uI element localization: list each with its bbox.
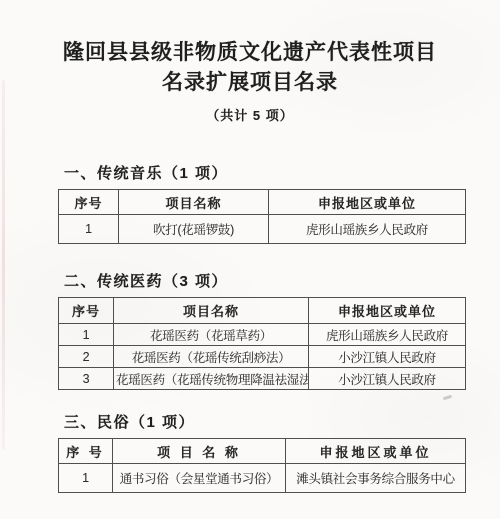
table-row: 1通书习俗（会星堂通书习俗）滩头镇社会事务综合服务中心	[59, 464, 466, 493]
table-header-row: 序 号项 目 名 称申报地区或单位	[59, 439, 466, 464]
table-cell: 3	[59, 368, 114, 390]
section-heading: 一、传统音乐（1 项）	[64, 162, 465, 183]
table-cell: 吹打(花瑶锣鼓)	[119, 215, 269, 244]
section-folk-custom: 三、民俗（1 项） 序 号项 目 名 称申报地区或单位 1通书习俗（会星堂通书习…	[58, 411, 465, 493]
table-row: 1吹打(花瑶锣鼓)虎形山瑶族乡人民政府	[59, 215, 466, 244]
document-subtitle-count: （共计 5 项）	[0, 105, 500, 124]
table-cell: 虎形山瑶族乡人民政府	[309, 324, 466, 346]
section-traditional-music: 一、传统音乐（1 项） 序号项目名称申报地区或单位 1吹打(花瑶锣鼓)虎形山瑶族…	[58, 162, 465, 244]
table-cell: 小沙江镇人民政府	[309, 368, 466, 390]
title-block: 隆回县县级非物质文化遗产代表性项目 名录扩展项目名录 （共计 5 项）	[0, 0, 500, 124]
table-cell: 花瑶医药（花瑶草药）	[114, 324, 309, 346]
sections-container: 一、传统音乐（1 项） 序号项目名称申报地区或单位 1吹打(花瑶锣鼓)虎形山瑶族…	[58, 162, 465, 493]
column-header: 申报地区或单位	[269, 190, 466, 215]
table-header-row: 序号项目名称申报地区或单位	[59, 298, 466, 324]
traditional-medicine-table: 序号项目名称申报地区或单位 1花瑶医药（花瑶草药）虎形山瑶族乡人民政府2花瑶医药…	[58, 297, 466, 390]
table-row: 3花瑶医药（花瑶传统物理降温祛湿法）小沙江镇人民政府	[59, 368, 466, 390]
column-header: 申报地区或单位	[309, 298, 466, 324]
traditional-music-table: 序号项目名称申报地区或单位 1吹打(花瑶锣鼓)虎形山瑶族乡人民政府	[58, 189, 466, 244]
document-title-line-2: 名录扩展项目名录	[0, 68, 500, 98]
scanned-document-page: 隆回县县级非物质文化遗产代表性项目 名录扩展项目名录 （共计 5 项） 一、传统…	[0, 0, 500, 519]
column-header: 项目名称	[114, 298, 309, 324]
column-header: 申报地区或单位	[286, 439, 466, 464]
table-cell: 虎形山瑶族乡人民政府	[269, 215, 466, 244]
scan-edge-smudge	[2, 80, 5, 450]
section-traditional-medicine: 二、传统医药（3 项） 序号项目名称申报地区或单位 1花瑶医药（花瑶草药）虎形山…	[58, 270, 465, 390]
column-header: 序号	[59, 298, 114, 324]
document-title-line-1: 隆回县县级非物质文化遗产代表性项目	[0, 38, 500, 68]
table-cell: 2	[59, 346, 114, 368]
section-heading: 三、民俗（1 项）	[64, 411, 465, 432]
column-header: 项目名称	[119, 190, 269, 215]
table-cell: 花瑶医药（花瑶传统刮痧法）	[114, 346, 309, 368]
table-row: 2花瑶医药（花瑶传统刮痧法）小沙江镇人民政府	[59, 346, 466, 368]
table-header-row: 序号项目名称申报地区或单位	[59, 190, 466, 215]
table-cell: 小沙江镇人民政府	[309, 346, 466, 368]
table-cell: 1	[59, 464, 113, 493]
section-heading: 二、传统医药（3 项）	[64, 270, 465, 291]
table-cell: 1	[59, 215, 119, 244]
table-cell: 1	[59, 324, 114, 346]
table-cell: 通书习俗（会星堂通书习俗）	[113, 464, 286, 493]
column-header: 序号	[59, 190, 119, 215]
table-row: 1花瑶医药（花瑶草药）虎形山瑶族乡人民政府	[59, 324, 466, 346]
folk-custom-table: 序 号项 目 名 称申报地区或单位 1通书习俗（会星堂通书习俗）滩头镇社会事务综…	[58, 438, 466, 493]
table-cell: 滩头镇社会事务综合服务中心	[286, 464, 466, 493]
column-header: 序 号	[59, 439, 113, 464]
table-cell: 花瑶医药（花瑶传统物理降温祛湿法）	[114, 368, 309, 390]
column-header: 项 目 名 称	[113, 439, 286, 464]
